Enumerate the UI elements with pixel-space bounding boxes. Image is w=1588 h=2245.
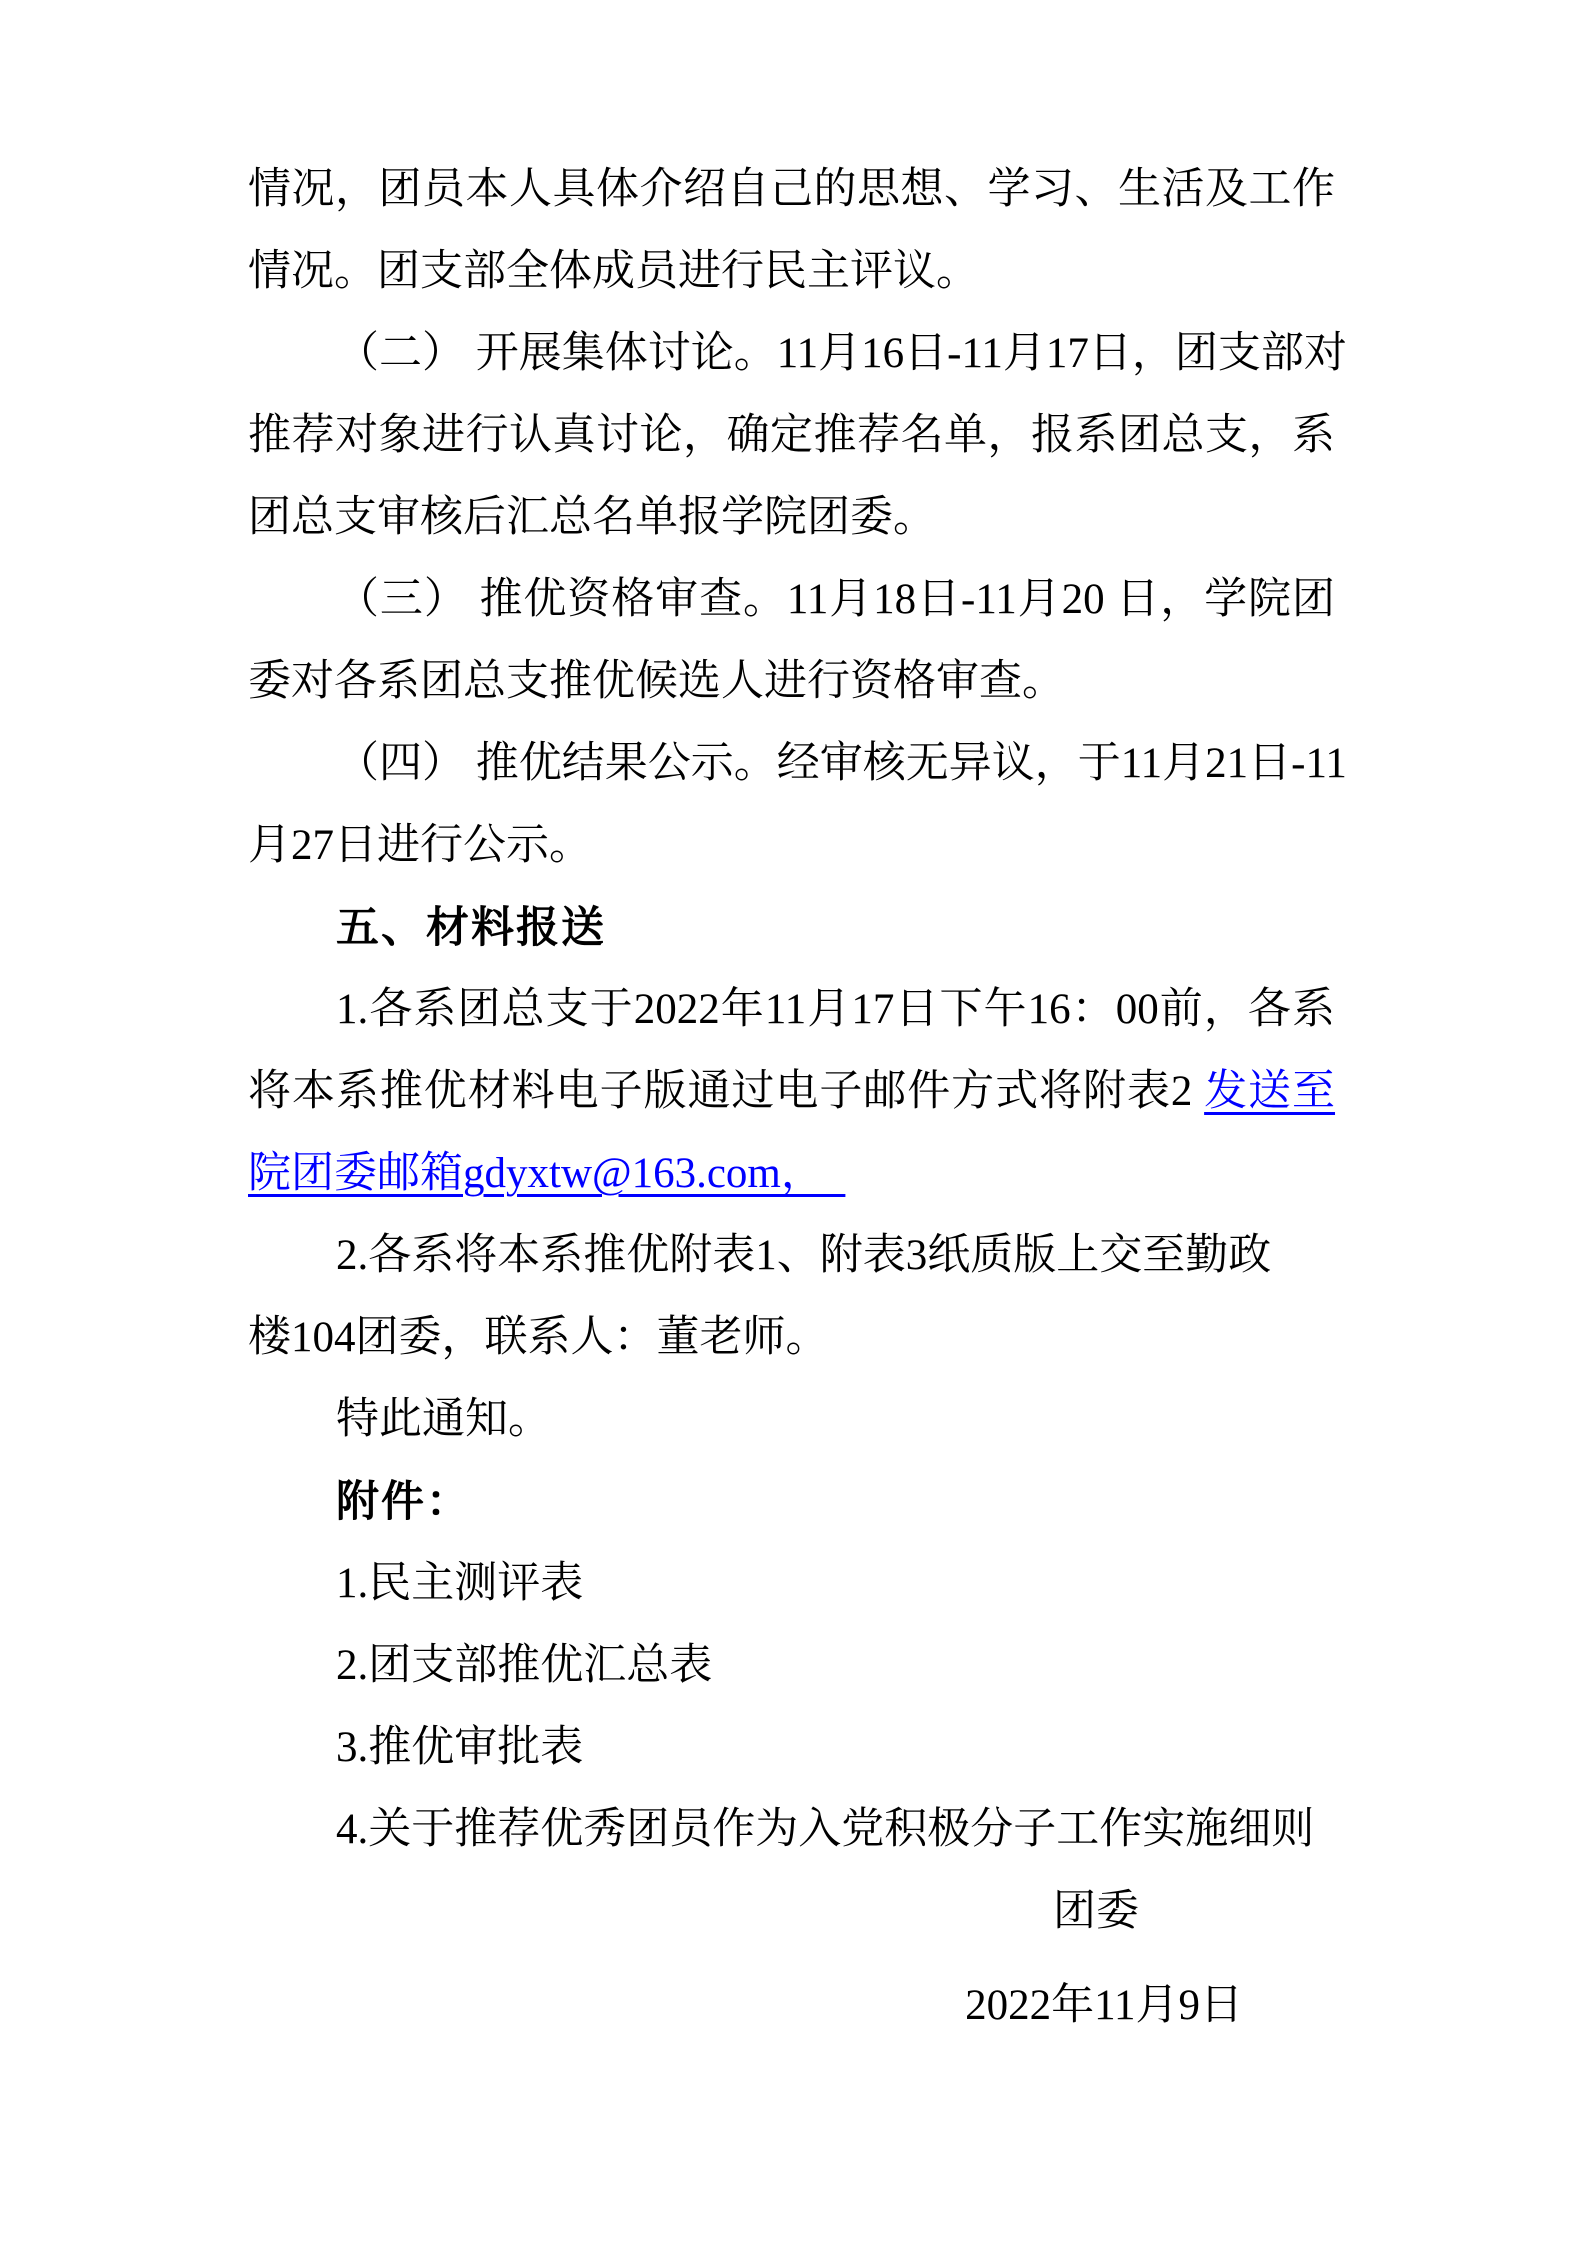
body-line: 团总支审核后汇总名单报学院团委。 [248, 477, 1335, 559]
body-line: 委对各系团总支推优候选人进行资格审查。 [248, 641, 1335, 723]
signature-org: 团委 [248, 1871, 1335, 1953]
body-line-item-4: （四） 推优结果公示。经审核无异议，于11月21日-11 [248, 723, 1335, 805]
body-line: 楼104团委，联系人：董老师。 [248, 1297, 1335, 1379]
body-line: 情况，团员本人具体介绍自己的思想、学习、生活及工作 [248, 149, 1335, 231]
body-line-item-2: （二） 开展集体讨论。11月16日-11月17日，团支部对 [248, 313, 1335, 395]
body-line-with-link: 院团委邮箱gdyxtw@163.com， [248, 1133, 1335, 1215]
body-line-with-link: 将本系推优材料电子版通过电子邮件方式将附表2 发送至 [248, 1051, 1335, 1133]
section5-heading: 五、材料报送 [248, 887, 1335, 969]
signature-date: 2022年11月9日 [248, 1965, 1335, 2047]
attachment-item-2: 2.团支部推优汇总表 [248, 1625, 1335, 1707]
body-line-item-3: （三） 推优资格审查。11月18日-11月20 日，学院团 [248, 559, 1335, 641]
document-body: 情况，团员本人具体介绍自己的思想、学习、生活及工作 情况。团支部全体成员进行民主… [248, 149, 1335, 2047]
body-line-item-1: 1.各系团总支于2022年11月17日下午16：00前，各系 [248, 969, 1335, 1051]
body-line: 月27日进行公示。 [248, 805, 1335, 887]
closing-notice-line: 特此通知。 [248, 1379, 1335, 1461]
attachment-item-4: 4.关于推荐优秀团员作为入党积极分子工作实施细则 [248, 1789, 1335, 1871]
body-line: 推荐对象进行认真讨论，确定推荐名单，报系团总支，系 [248, 395, 1335, 477]
attachments-heading: 附件： [248, 1461, 1335, 1543]
attachment-item-3: 3.推优审批表 [248, 1707, 1335, 1789]
attachment-item-1: 1.民主测评表 [248, 1543, 1335, 1625]
email-link[interactable]: 院团委邮箱gdyxtw@163.com， [248, 1150, 845, 1197]
sendto-link[interactable]: 发送至 [1204, 1068, 1335, 1115]
body-line-text: 将本系推优材料电子版通过电子邮件方式将附表2 [248, 1068, 1204, 1115]
body-line-item-2: 2.各系将本系推优附表1、附表3纸质版上交至勤政 [248, 1215, 1335, 1297]
body-line: 情况。团支部全体成员进行民主评议。 [248, 231, 1335, 313]
document-page: 情况，团员本人具体介绍自己的思想、学习、生活及工作 情况。团支部全体成员进行民主… [0, 0, 1588, 2245]
